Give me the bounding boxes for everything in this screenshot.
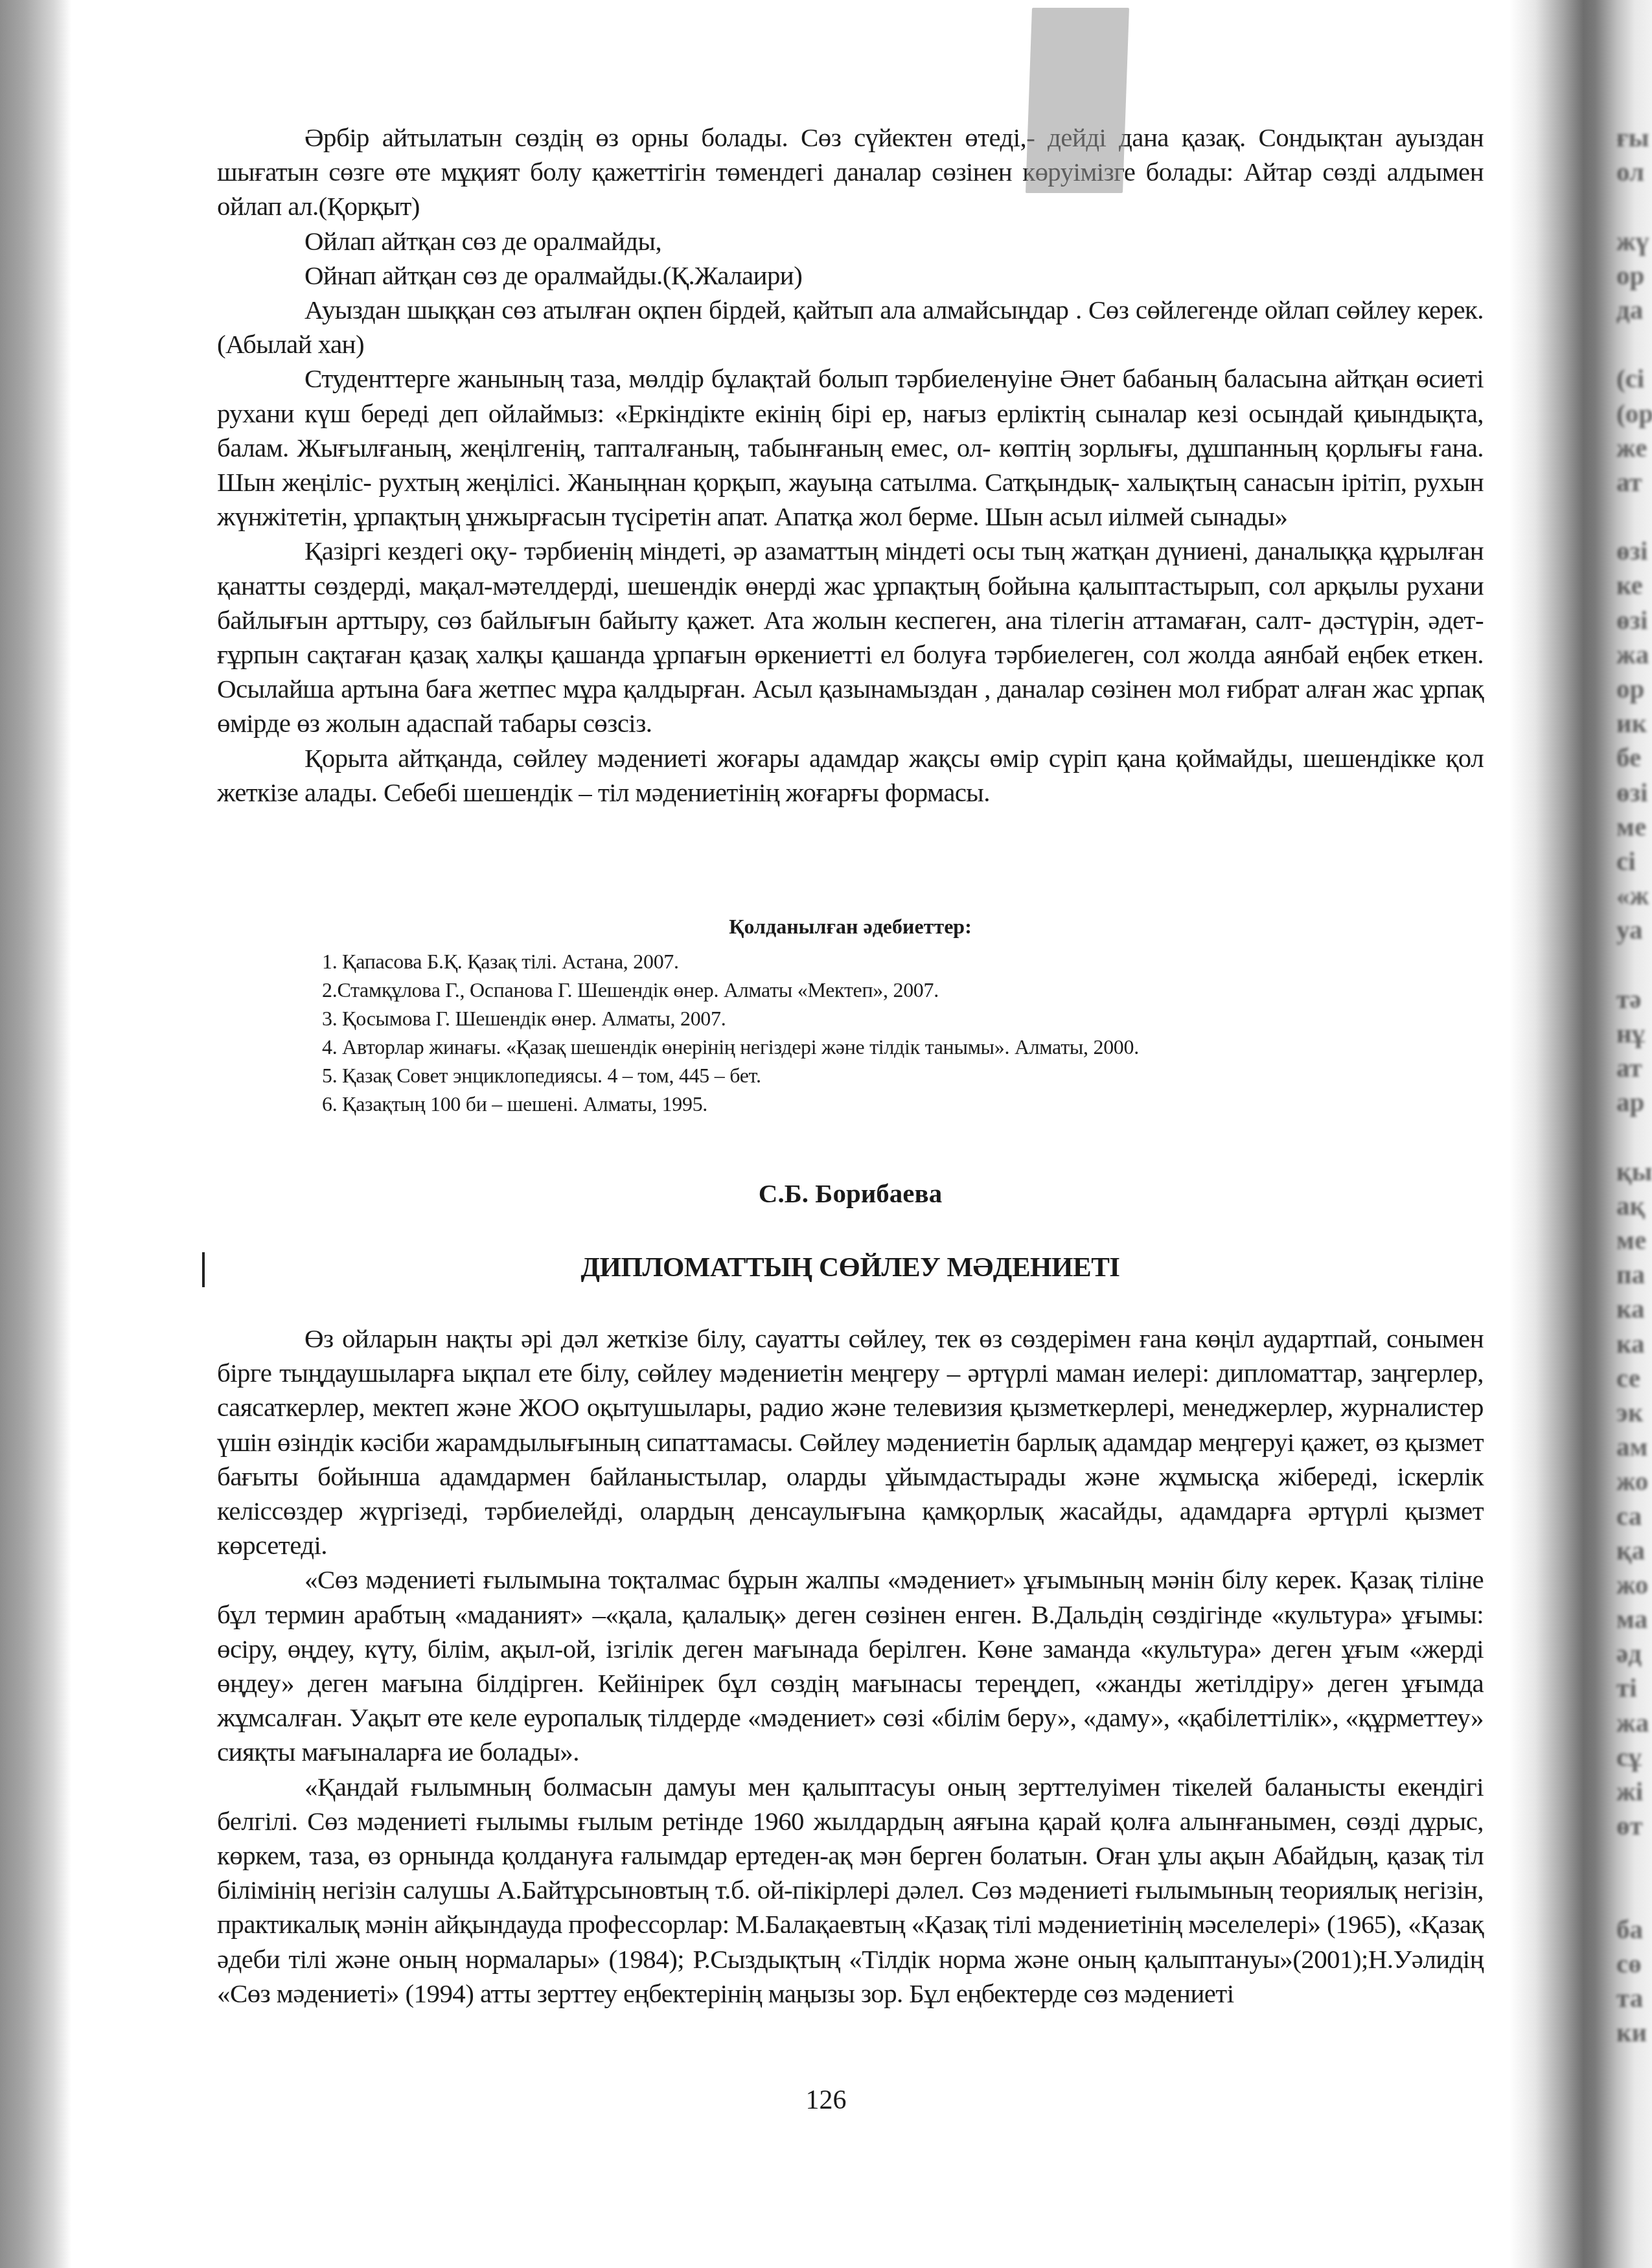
next-page-fragment: сө bbox=[1616, 1947, 1652, 1981]
next-page-fragment: ме bbox=[1616, 1223, 1652, 1257]
next-page-fragment: ки bbox=[1616, 2015, 1652, 2050]
next-page-fragment: ам bbox=[1616, 1430, 1652, 1464]
quote-line: Ойлап айтқан сөз де оралмайды, bbox=[217, 224, 1484, 258]
next-page-fragment: жо bbox=[1616, 1464, 1652, 1498]
next-page-fragment: тә bbox=[1616, 982, 1652, 1016]
reference-item: 4. Авторлар жинағы. «Қазақ шешендік өнер… bbox=[322, 1033, 1229, 1061]
next-page-fragment: әд bbox=[1616, 1636, 1652, 1671]
next-page-fragment bbox=[1616, 1843, 1652, 1877]
next-page-fragment: қы bbox=[1616, 1154, 1652, 1189]
next-page-fragment: сі bbox=[1616, 844, 1652, 878]
next-page-fragment: өзі bbox=[1616, 534, 1652, 568]
next-page-fragment: уа bbox=[1616, 913, 1652, 947]
paragraph: Қазіргі кездегі оқу- тәрбиенің міндеті, … bbox=[217, 534, 1484, 740]
page-number: 126 bbox=[0, 2085, 1652, 2116]
paragraph: Студенттерге жанының таза, мөлдір бұлақт… bbox=[217, 361, 1484, 534]
next-page-edge: ғыолжүорда(сі(оржеатөзікеөзіжаорикбеөзім… bbox=[1616, 120, 1652, 2050]
next-page-fragment: ғы bbox=[1616, 120, 1652, 155]
references-list: 1. Қапасова Б.Қ. Қазақ тілі. Астана, 200… bbox=[322, 947, 1229, 1118]
next-page-fragment: эк bbox=[1616, 1395, 1652, 1430]
next-page-fragment bbox=[1616, 189, 1652, 223]
next-page-fragment: па bbox=[1616, 1257, 1652, 1292]
next-page-fragment: жа bbox=[1616, 1706, 1652, 1740]
article-author: С.Б. Борибаева bbox=[217, 1178, 1484, 1209]
article-body: Өз ойларын нақты әрі дәл жеткізе білу, с… bbox=[217, 1322, 1484, 2011]
adhesive-tape-strip bbox=[1026, 8, 1129, 193]
next-page-fragment: (ор bbox=[1616, 396, 1652, 431]
next-page-fragment: ка bbox=[1616, 1327, 1652, 1361]
next-page-fragment: ор bbox=[1616, 672, 1652, 706]
quote-line: Ойнап айтқан сөз де оралмайды.(Қ.Жалаири… bbox=[217, 258, 1484, 293]
next-page-fragment: сұ bbox=[1616, 1740, 1652, 1774]
next-page-fragment: та bbox=[1616, 1981, 1652, 2015]
next-page-fragment bbox=[1616, 1119, 1652, 1154]
next-page-fragment: жү bbox=[1616, 224, 1652, 258]
next-page-fragment: өт bbox=[1616, 1809, 1652, 1843]
next-page-fragment: өзі bbox=[1616, 603, 1652, 637]
next-page-fragment: же bbox=[1616, 431, 1652, 465]
next-page-fragment: жа bbox=[1616, 637, 1652, 672]
next-page-fragment: ма bbox=[1616, 1602, 1652, 1636]
next-page-fragment: жі bbox=[1616, 1774, 1652, 1809]
next-page-fragment: қа bbox=[1616, 1533, 1652, 1568]
next-page-fragment: өзі bbox=[1616, 775, 1652, 810]
reference-item: 3. Қосымова Г. Шешендік өнер. Алматы, 20… bbox=[322, 1004, 1229, 1033]
next-page-fragment: ка bbox=[1616, 1292, 1652, 1326]
next-page-fragment: «ж bbox=[1616, 878, 1652, 913]
next-page-fragment bbox=[1616, 499, 1652, 534]
reference-item: 2.Стамқұлова Г., Оспанова Г. Шешендік өн… bbox=[322, 976, 1229, 1004]
next-page-fragment: ат bbox=[1616, 465, 1652, 499]
references-heading: Қолданылған әдебиеттер: bbox=[217, 915, 1484, 939]
paragraph: Өз ойларын нақты әрі дәл жеткізе білу, с… bbox=[217, 1322, 1484, 1563]
next-page-fragment: (сі bbox=[1616, 361, 1652, 396]
next-page-fragment: да bbox=[1616, 293, 1652, 327]
next-page-fragment: ме bbox=[1616, 810, 1652, 844]
reference-item: 5. Қазақ Совет энциклопедиясы. 4 – том, … bbox=[322, 1061, 1229, 1090]
next-page-fragment: жо bbox=[1616, 1568, 1652, 1602]
paragraph: Әрбір айтылатын сөздің өз орны болады. С… bbox=[217, 120, 1484, 224]
next-page-fragment: бе bbox=[1616, 740, 1652, 775]
next-page-fragment bbox=[1616, 327, 1652, 361]
scan-left-edge-shadow bbox=[0, 0, 71, 2268]
reference-item: 6. Қазақтың 100 би – шешені. Алматы, 199… bbox=[322, 1090, 1229, 1118]
margin-mark bbox=[202, 1252, 205, 1287]
next-page-fragment: ті bbox=[1616, 1671, 1652, 1705]
article-title: ДИПЛОМАТТЫҢ СӨЙЛЕУ МӘДЕНИЕТІ bbox=[217, 1252, 1484, 1283]
next-page-fragment: ке bbox=[1616, 568, 1652, 602]
next-page-fragment: ақ bbox=[1616, 1189, 1652, 1223]
next-page-fragment: ор bbox=[1616, 258, 1652, 293]
next-page-fragment: се bbox=[1616, 1361, 1652, 1395]
paragraph: Ауыздан шыққан сөз атылған оқпен бірдей,… bbox=[217, 293, 1484, 361]
paragraph: «Сөз мәдениеті ғылымына тоқталмас бұрын … bbox=[217, 1563, 1484, 1769]
next-page-fragment: ик bbox=[1616, 706, 1652, 740]
paragraph: «Қандай ғылымның болмасын дамуы мен қалы… bbox=[217, 1770, 1484, 2011]
next-page-fragment: нұ bbox=[1616, 1016, 1652, 1051]
next-page-fragment: ол bbox=[1616, 155, 1652, 189]
next-page-fragment: ар bbox=[1616, 1085, 1652, 1119]
next-page-fragment bbox=[1616, 948, 1652, 982]
paragraph: Қорыта айтқанда, сөйлеу мәдениеті жоғары… bbox=[217, 741, 1484, 810]
reference-item: 1. Қапасова Б.Қ. Қазақ тілі. Астана, 200… bbox=[322, 947, 1229, 976]
next-page-fragment: ба bbox=[1616, 1912, 1652, 1947]
next-page-fragment bbox=[1616, 1878, 1652, 1912]
next-page-fragment: са bbox=[1616, 1499, 1652, 1533]
next-page-fragment: ат bbox=[1616, 1051, 1652, 1085]
page-body-top: Әрбір айтылатын сөздің өз орны болады. С… bbox=[217, 120, 1484, 810]
